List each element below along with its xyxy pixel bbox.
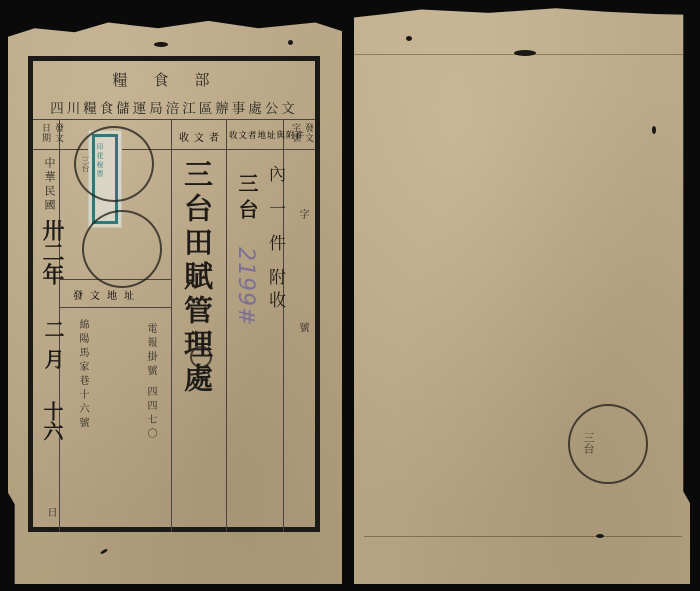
ministry-title: 糧食部 [33, 69, 315, 90]
date-year: 卅二年 [37, 219, 68, 285]
envelope-front: 糧食部 四川糧食儲運局涪江區辦事處公文 發文日期 收文者 收文者地址與附件 發文… [8, 14, 342, 584]
sender-address: 綿陽馬家巷十六號 [75, 319, 90, 431]
recipient-city: 三台 [233, 173, 262, 225]
date-month: 二月 [39, 319, 68, 379]
postmark-lower [82, 210, 162, 288]
sender-address-header: 發文地址 [73, 287, 141, 302]
date-day-label: 日 [43, 507, 58, 517]
header-date: 發文日期 [39, 123, 65, 149]
small-seal [190, 346, 212, 368]
header-number: 發文字號 [289, 123, 315, 149]
office-subtitle: 四川糧食儲運局涪江區辦事處公文 [39, 97, 309, 117]
official-form-frame: 糧食部 四川糧食儲運局涪江區辦事處公文 發文日期 收文者 收文者地址與附件 發文… [28, 56, 320, 532]
back-postmark: 三台 [568, 404, 648, 484]
date-day: 十六 [38, 401, 67, 441]
postmark-upper: 三台 [74, 126, 154, 202]
envelope-back: 三台 [354, 6, 690, 584]
document-number: 字 號 [295, 209, 310, 382]
date-era: 中華民國 [41, 157, 57, 213]
telegram-code: 電報掛號 四四七〇 [143, 323, 158, 442]
attachment-note: 內 一 件 附收 [263, 165, 288, 314]
header-recipient: 收文者 [179, 129, 224, 144]
pencil-note: 2199# [233, 247, 258, 326]
